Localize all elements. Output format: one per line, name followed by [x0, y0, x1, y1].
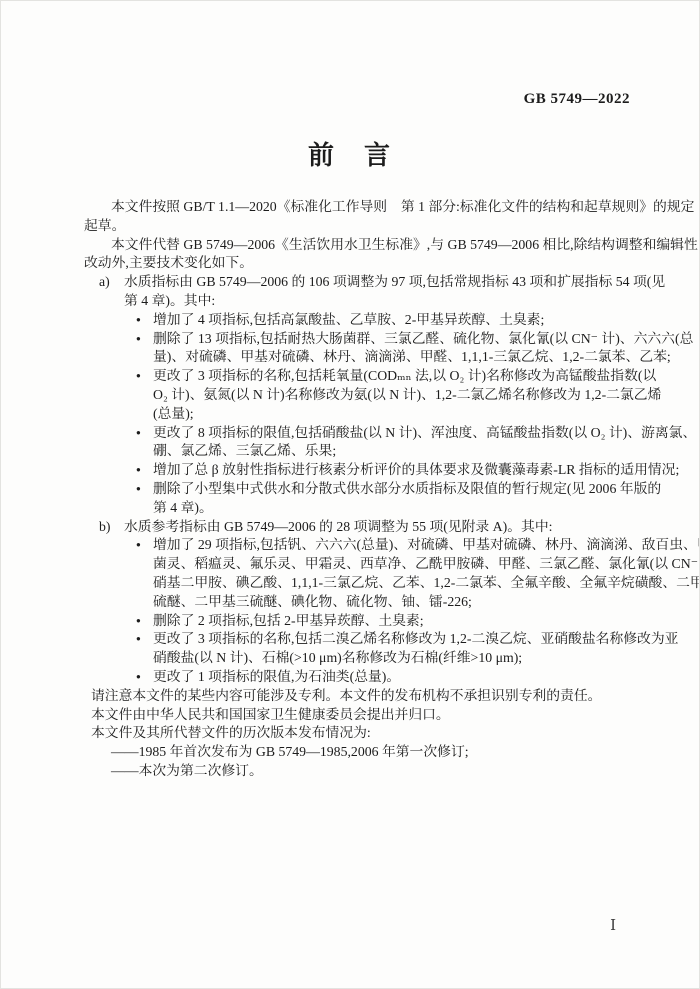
bullet-icon: ●: [136, 461, 153, 480]
list-item-label: b): [99, 518, 124, 537]
standard-number: GB 5749—2022: [524, 91, 630, 108]
bullet-item: ● 更改了 1 项指标的限值,为石油类(总量)。: [84, 668, 639, 687]
bullet-icon: ●: [136, 536, 153, 555]
text-line: 硝酸盐(以 N 计)、石棉(>10 μm)名称修改为石棉(纤维>10 μm);: [84, 649, 639, 668]
text-line: ——1985 年首次发布为 GB 5749—1985,2006 年第一次修订;: [84, 743, 639, 762]
text-line: 更改了 3 项指标的名称,包括耗氧量(CODₘₙ 法,以 O₂ 计)名称修改为高…: [153, 367, 656, 386]
text-line: 硼、氯乙烯、三氯乙烯、乐果;: [84, 442, 639, 461]
bullet-item: ● 删除了小型集中式供水和分散式供水部分水质指标及限值的暂行规定(见 2006 …: [84, 480, 639, 499]
text-line: 硫醚、二甲基三硫醚、碘化物、硫化物、铀、镭-226;: [84, 593, 639, 612]
document-page: GB 5749—2022 前 言 本文件按照 GB/T 1.1—2020《标准化…: [0, 0, 700, 989]
text-line: 水质指标由 GB 5749—2006 的 106 项调整为 97 项,包括常规指…: [124, 273, 665, 292]
bullet-icon: ●: [136, 612, 153, 631]
text-line: 本文件由中华人民共和国国家卫生健康委员会提出并归口。: [84, 706, 639, 725]
text-line: 本文件及其所代替文件的历次版本发布情况为:: [84, 724, 639, 743]
bullet-item: ● 增加了总 β 放射性指标进行核素分析评价的具体要求及微囊藻毒素-LR 指标的…: [84, 461, 639, 480]
bullet-icon: ●: [136, 480, 153, 499]
list-item-a: a) 水质指标由 GB 5749—2006 的 106 项调整为 97 项,包括…: [84, 273, 639, 292]
bullet-icon: ●: [136, 330, 153, 349]
text-line: O₂ 计)、氨氮(以 N 计)名称修改为氨(以 N 计)、1,2-二氯乙烯名称修…: [84, 386, 639, 405]
text-line: 本文件按照 GB/T 1.1—2020《标准化工作导则 第 1 部分:标准化文件…: [84, 198, 639, 217]
text-line: 增加了 4 项指标,包括高氯酸盐、乙草胺、2-甲基异莰醇、土臭素;: [153, 311, 544, 330]
list-item-label: a): [99, 273, 124, 292]
text-line: 更改了 8 项指标的限值,包括硝酸盐(以 N 计)、浑浊度、高锰酸盐指数(以 O…: [153, 424, 696, 443]
bullet-item: ● 增加了 29 项指标,包括钒、六六六(总量)、对硫磷、甲基对硫磷、林丹、滴滴…: [84, 536, 639, 555]
text-line: 量)、对硫磷、甲基对硫磷、林丹、滴滴涕、甲醛、1,1,1-三氯乙烷、1,2-二氯…: [84, 348, 639, 367]
bullet-icon: ●: [136, 668, 153, 687]
text-line: 更改了 1 项指标的限值,为石油类(总量)。: [153, 668, 400, 687]
text-line: 本文件代替 GB 5749—2006《生活饮用水卫生标准》,与 GB 5749—…: [84, 236, 639, 255]
bullet-item: ● 增加了 4 项指标,包括高氯酸盐、乙草胺、2-甲基异莰醇、土臭素;: [84, 311, 639, 330]
text-line: 起草。: [84, 217, 639, 236]
page-number: Ⅰ: [610, 916, 616, 935]
text-line: 水质参考指标由 GB 5749—2006 的 28 项调整为 55 项(见附录 …: [124, 518, 552, 537]
bullet-item: ● 更改了 8 项指标的限值,包括硝酸盐(以 N 计)、浑浊度、高锰酸盐指数(以…: [84, 424, 639, 443]
text-line: 增加了 29 项指标,包括钒、六六六(总量)、对硫磷、甲基对硫磷、林丹、滴滴涕、…: [153, 536, 700, 555]
text-line: 删除了 13 项指标,包括耐热大肠菌群、三氯乙醛、硫化物、氯化氰(以 CN⁻ 计…: [153, 330, 693, 349]
text-line: 改动外,主要技术变化如下。: [84, 254, 639, 273]
text-line: 第 4 章)。: [84, 499, 639, 518]
bullet-item: ● 更改了 3 项指标的名称,包括耗氧量(CODₘₙ 法,以 O₂ 计)名称修改…: [84, 367, 639, 386]
bullet-item: ● 删除了 2 项指标,包括 2-甲基异莰醇、土臭素;: [84, 612, 639, 631]
bullet-icon: ●: [136, 311, 153, 330]
bullet-icon: ●: [136, 424, 153, 443]
bullet-item: ● 更改了 3 项指标的名称,包括二溴乙烯名称修改为 1,2-二溴乙烷、亚硝酸盐…: [84, 630, 639, 649]
text-line: 删除了 2 项指标,包括 2-甲基异莰醇、土臭素;: [153, 612, 424, 631]
text-line: 菌灵、稻瘟灵、氟乐灵、甲霜灵、西草净、乙酰甲胺磷、甲醛、三氯乙醛、氯化氰(以 C…: [84, 555, 639, 574]
text-line: 更改了 3 项指标的名称,包括二溴乙烯名称修改为 1,2-二溴乙烷、亚硝酸盐名称…: [153, 630, 678, 649]
text-line: 增加了总 β 放射性指标进行核素分析评价的具体要求及微囊藻毒素-LR 指标的适用…: [153, 461, 679, 480]
text-line: 请注意本文件的某些内容可能涉及专利。本文件的发布机构不承担识别专利的责任。: [84, 687, 639, 706]
list-item-b: b) 水质参考指标由 GB 5749—2006 的 28 项调整为 55 项(见…: [84, 518, 639, 537]
text-line: 第 4 章)。其中:: [84, 292, 639, 311]
text-line: ——本次为第二次修订。: [84, 762, 639, 781]
page-title: 前 言: [1, 135, 699, 172]
text-line: 硝基二甲胺、碘乙酸、1,1,1-三氯乙烷、乙苯、1,2-二氯苯、全氟辛酸、全氟辛…: [84, 574, 639, 593]
text-line: (总量);: [84, 405, 639, 424]
text-line: 删除了小型集中式供水和分散式供水部分水质指标及限值的暂行规定(见 2006 年版…: [153, 480, 661, 499]
document-body: 本文件按照 GB/T 1.1—2020《标准化工作导则 第 1 部分:标准化文件…: [84, 198, 639, 781]
bullet-icon: ●: [136, 367, 153, 386]
bullet-icon: ●: [136, 630, 153, 649]
bullet-item: ● 删除了 13 项指标,包括耐热大肠菌群、三氯乙醛、硫化物、氯化氰(以 CN⁻…: [84, 330, 639, 349]
